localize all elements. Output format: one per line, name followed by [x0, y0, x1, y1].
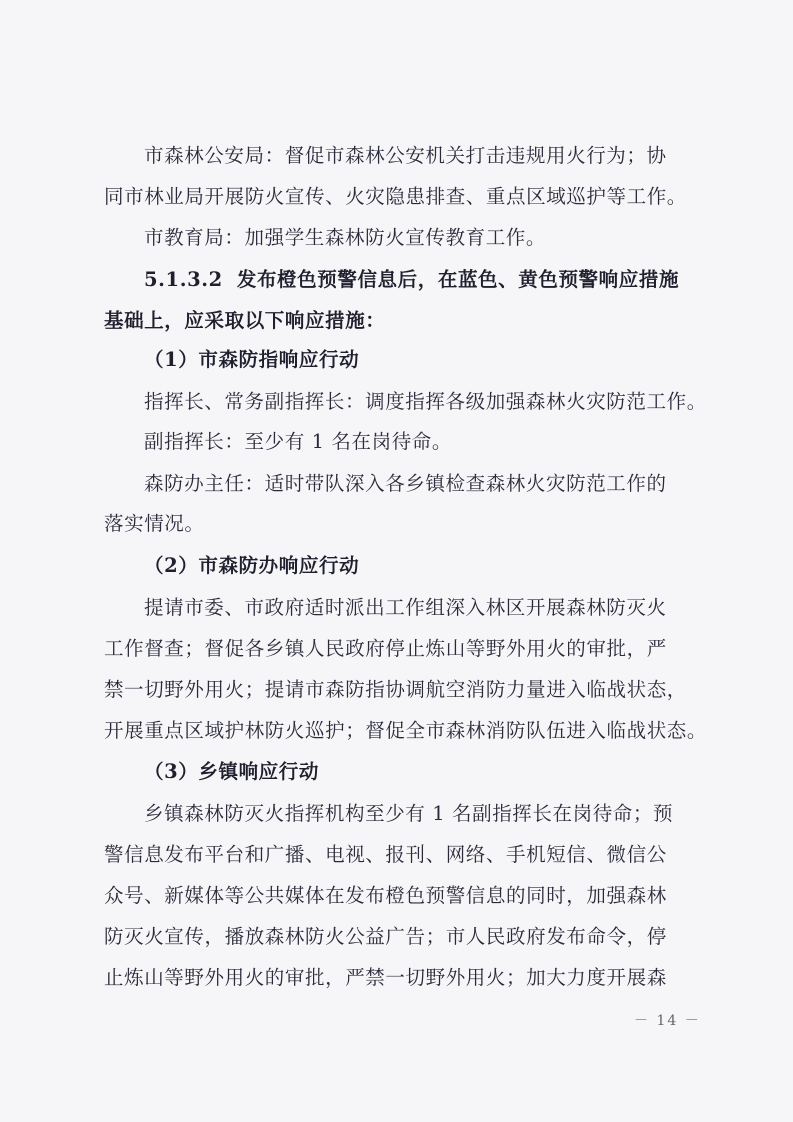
paragraph-line: 乡镇森林防灭火指挥机构至少有 1 名副指挥长在岗待命；预	[144, 800, 734, 828]
document-page: 市森林公安局：督促市森林公安机关打击违规用火行为；协 同市林业局开展防火宣传、火…	[0, 0, 793, 1122]
section-title: 发布橙色预警信息后，在蓝色、黄色预警响应措施	[237, 268, 679, 291]
paragraph-line: 禁一切野外用火；提请市森防指协调航空消防力量进入临战状态，	[104, 676, 694, 704]
subheading-2: （2）市森防办响应行动	[144, 552, 734, 580]
paragraph-line: 市森林公安局：督促市森林公安机关打击违规用火行为；协	[144, 142, 734, 170]
paragraph-line: 众号、新媒体等公共媒体在发布橙色预警信息的同时，加强森林	[104, 882, 694, 910]
subheading-1: （1）市森防指响应行动	[144, 346, 734, 374]
paragraph-line: 市教育局：加强学生森林防火宣传教育工作。	[144, 224, 734, 252]
paragraph-line: 落实情况。	[104, 510, 694, 538]
subheading-3: （3）乡镇响应行动	[144, 758, 734, 786]
paragraph-line: 提请市委、市政府适时派出工作组深入林区开展森林防灭火	[144, 594, 734, 622]
paragraph-line: 指挥长、常务副指挥长：调度指挥各级加强森林火灾防范工作。	[144, 388, 734, 416]
section-title-cont: 基础上，应采取以下响应措施：	[104, 307, 694, 335]
page-number: － 14 －	[634, 1010, 701, 1030]
paragraph-line: 森防办主任：适时带队深入各乡镇检查森林火灾防范工作的	[144, 470, 734, 498]
paragraph-line: 开展重点区域护林防火巡护；督促全市森林消防队伍进入临战状态。	[104, 717, 694, 745]
paragraph-line: 同市林业局开展防火宣传、火灾隐患排查、重点区域巡护等工作。	[104, 183, 694, 211]
paragraph-line: 警信息发布平台和广播、电视、报刊、网络、手机短信、微信公	[104, 841, 694, 869]
section-number: 5.1.3.2	[144, 268, 223, 291]
paragraph-line: 副指挥长：至少有 1 名在岗待命。	[144, 428, 734, 456]
paragraph-line: 止炼山等野外用火的审批，严禁一切野外用火；加大力度开展森	[104, 964, 694, 992]
section-heading: 5.1.3.2发布橙色预警信息后，在蓝色、黄色预警响应措施	[144, 266, 734, 294]
paragraph-line: 工作督查；督促各乡镇人民政府停止炼山等野外用火的审批，严	[104, 635, 694, 663]
paragraph-line: 防灭火宣传，播放森林防火公益广告；市人民政府发布命令，停	[104, 923, 694, 951]
